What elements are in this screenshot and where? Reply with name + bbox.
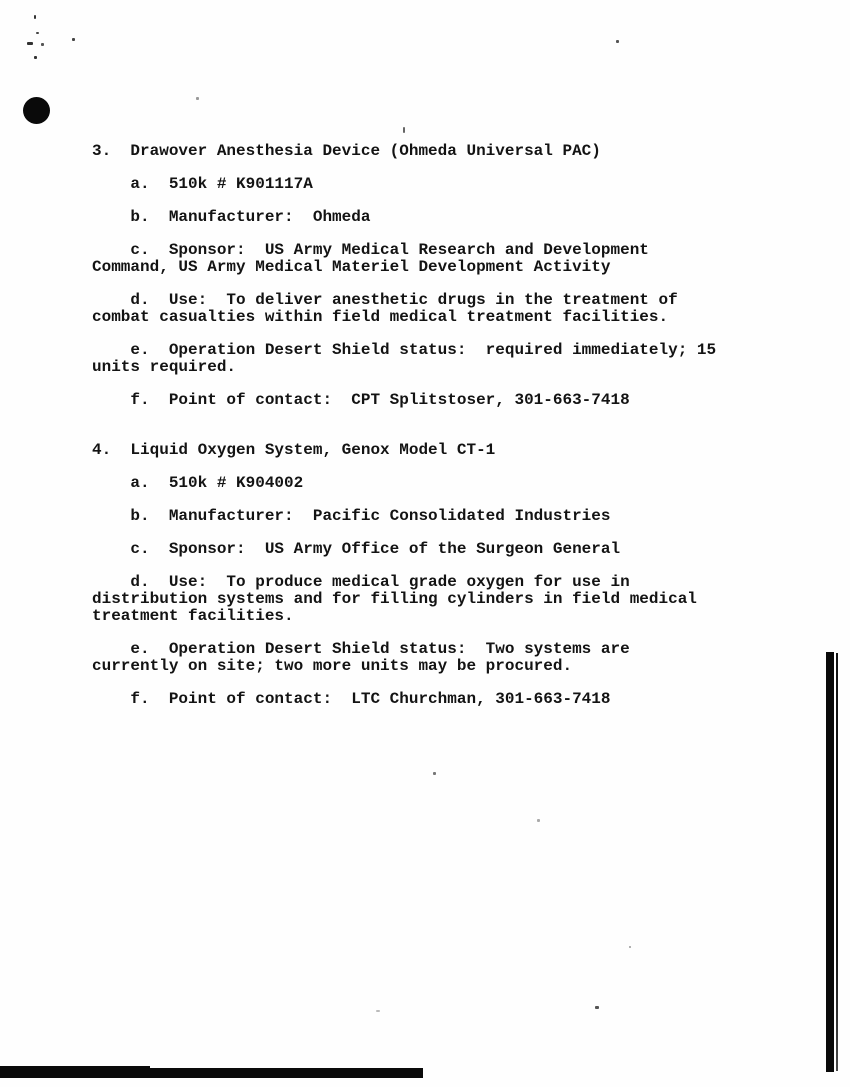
scan-speckle: [433, 772, 436, 775]
scan-speckle: [34, 15, 36, 19]
scan-speckle: [196, 97, 199, 100]
scan-speckle: [72, 38, 75, 41]
scan-artifact-right-bar: [826, 652, 834, 1072]
item-4-sub-d: d. Use: To produce medical grade oxygen …: [92, 574, 772, 625]
item-4-heading: 4. Liquid Oxygen System, Genox Model CT-…: [92, 442, 772, 459]
scan-artifact-right-bar-thin: [836, 653, 838, 1071]
scan-speckle: [616, 40, 619, 43]
scan-speckle: [403, 127, 405, 133]
hole-punch-mark: [23, 97, 50, 124]
item-3-sub-f: f. Point of contact: CPT Splitstoser, 30…: [92, 392, 772, 409]
item-3-sub-d: d. Use: To deliver anesthetic drugs in t…: [92, 292, 772, 326]
scan-artifact-bottom-bar-segment: [0, 1066, 150, 1078]
scan-speckle: [34, 56, 37, 59]
item-4-sub-a: a. 510k # K904002: [92, 475, 772, 492]
scanned-document-page: 3. Drawover Anesthesia Device (Ohmeda Un…: [0, 0, 850, 1087]
scan-speckle: [537, 819, 540, 822]
scan-speckle: [41, 43, 44, 46]
item-4-sub-e: e. Operation Desert Shield status: Two s…: [92, 641, 772, 675]
item-3-heading: 3. Drawover Anesthesia Device (Ohmeda Un…: [92, 143, 772, 160]
scan-speckle: [36, 32, 39, 34]
item-3-sub-b: b. Manufacturer: Ohmeda: [92, 209, 772, 226]
scan-speckle: [27, 42, 33, 45]
scan-speckle: [629, 946, 631, 948]
item-3-sub-c: c. Sponsor: US Army Medical Research and…: [92, 242, 772, 276]
item-4-sub-c: c. Sponsor: US Army Office of the Surgeo…: [92, 541, 772, 558]
item-3-sub-a: a. 510k # K901117A: [92, 176, 772, 193]
item-3-sub-e: e. Operation Desert Shield status: requi…: [92, 342, 772, 376]
scan-speckle: [376, 1010, 380, 1012]
document-body: 3. Drawover Anesthesia Device (Ohmeda Un…: [92, 143, 772, 708]
item-4-sub-f: f. Point of contact: LTC Churchman, 301-…: [92, 691, 772, 708]
item-4-sub-b: b. Manufacturer: Pacific Consolidated In…: [92, 508, 772, 525]
scan-speckle: [595, 1006, 599, 1009]
